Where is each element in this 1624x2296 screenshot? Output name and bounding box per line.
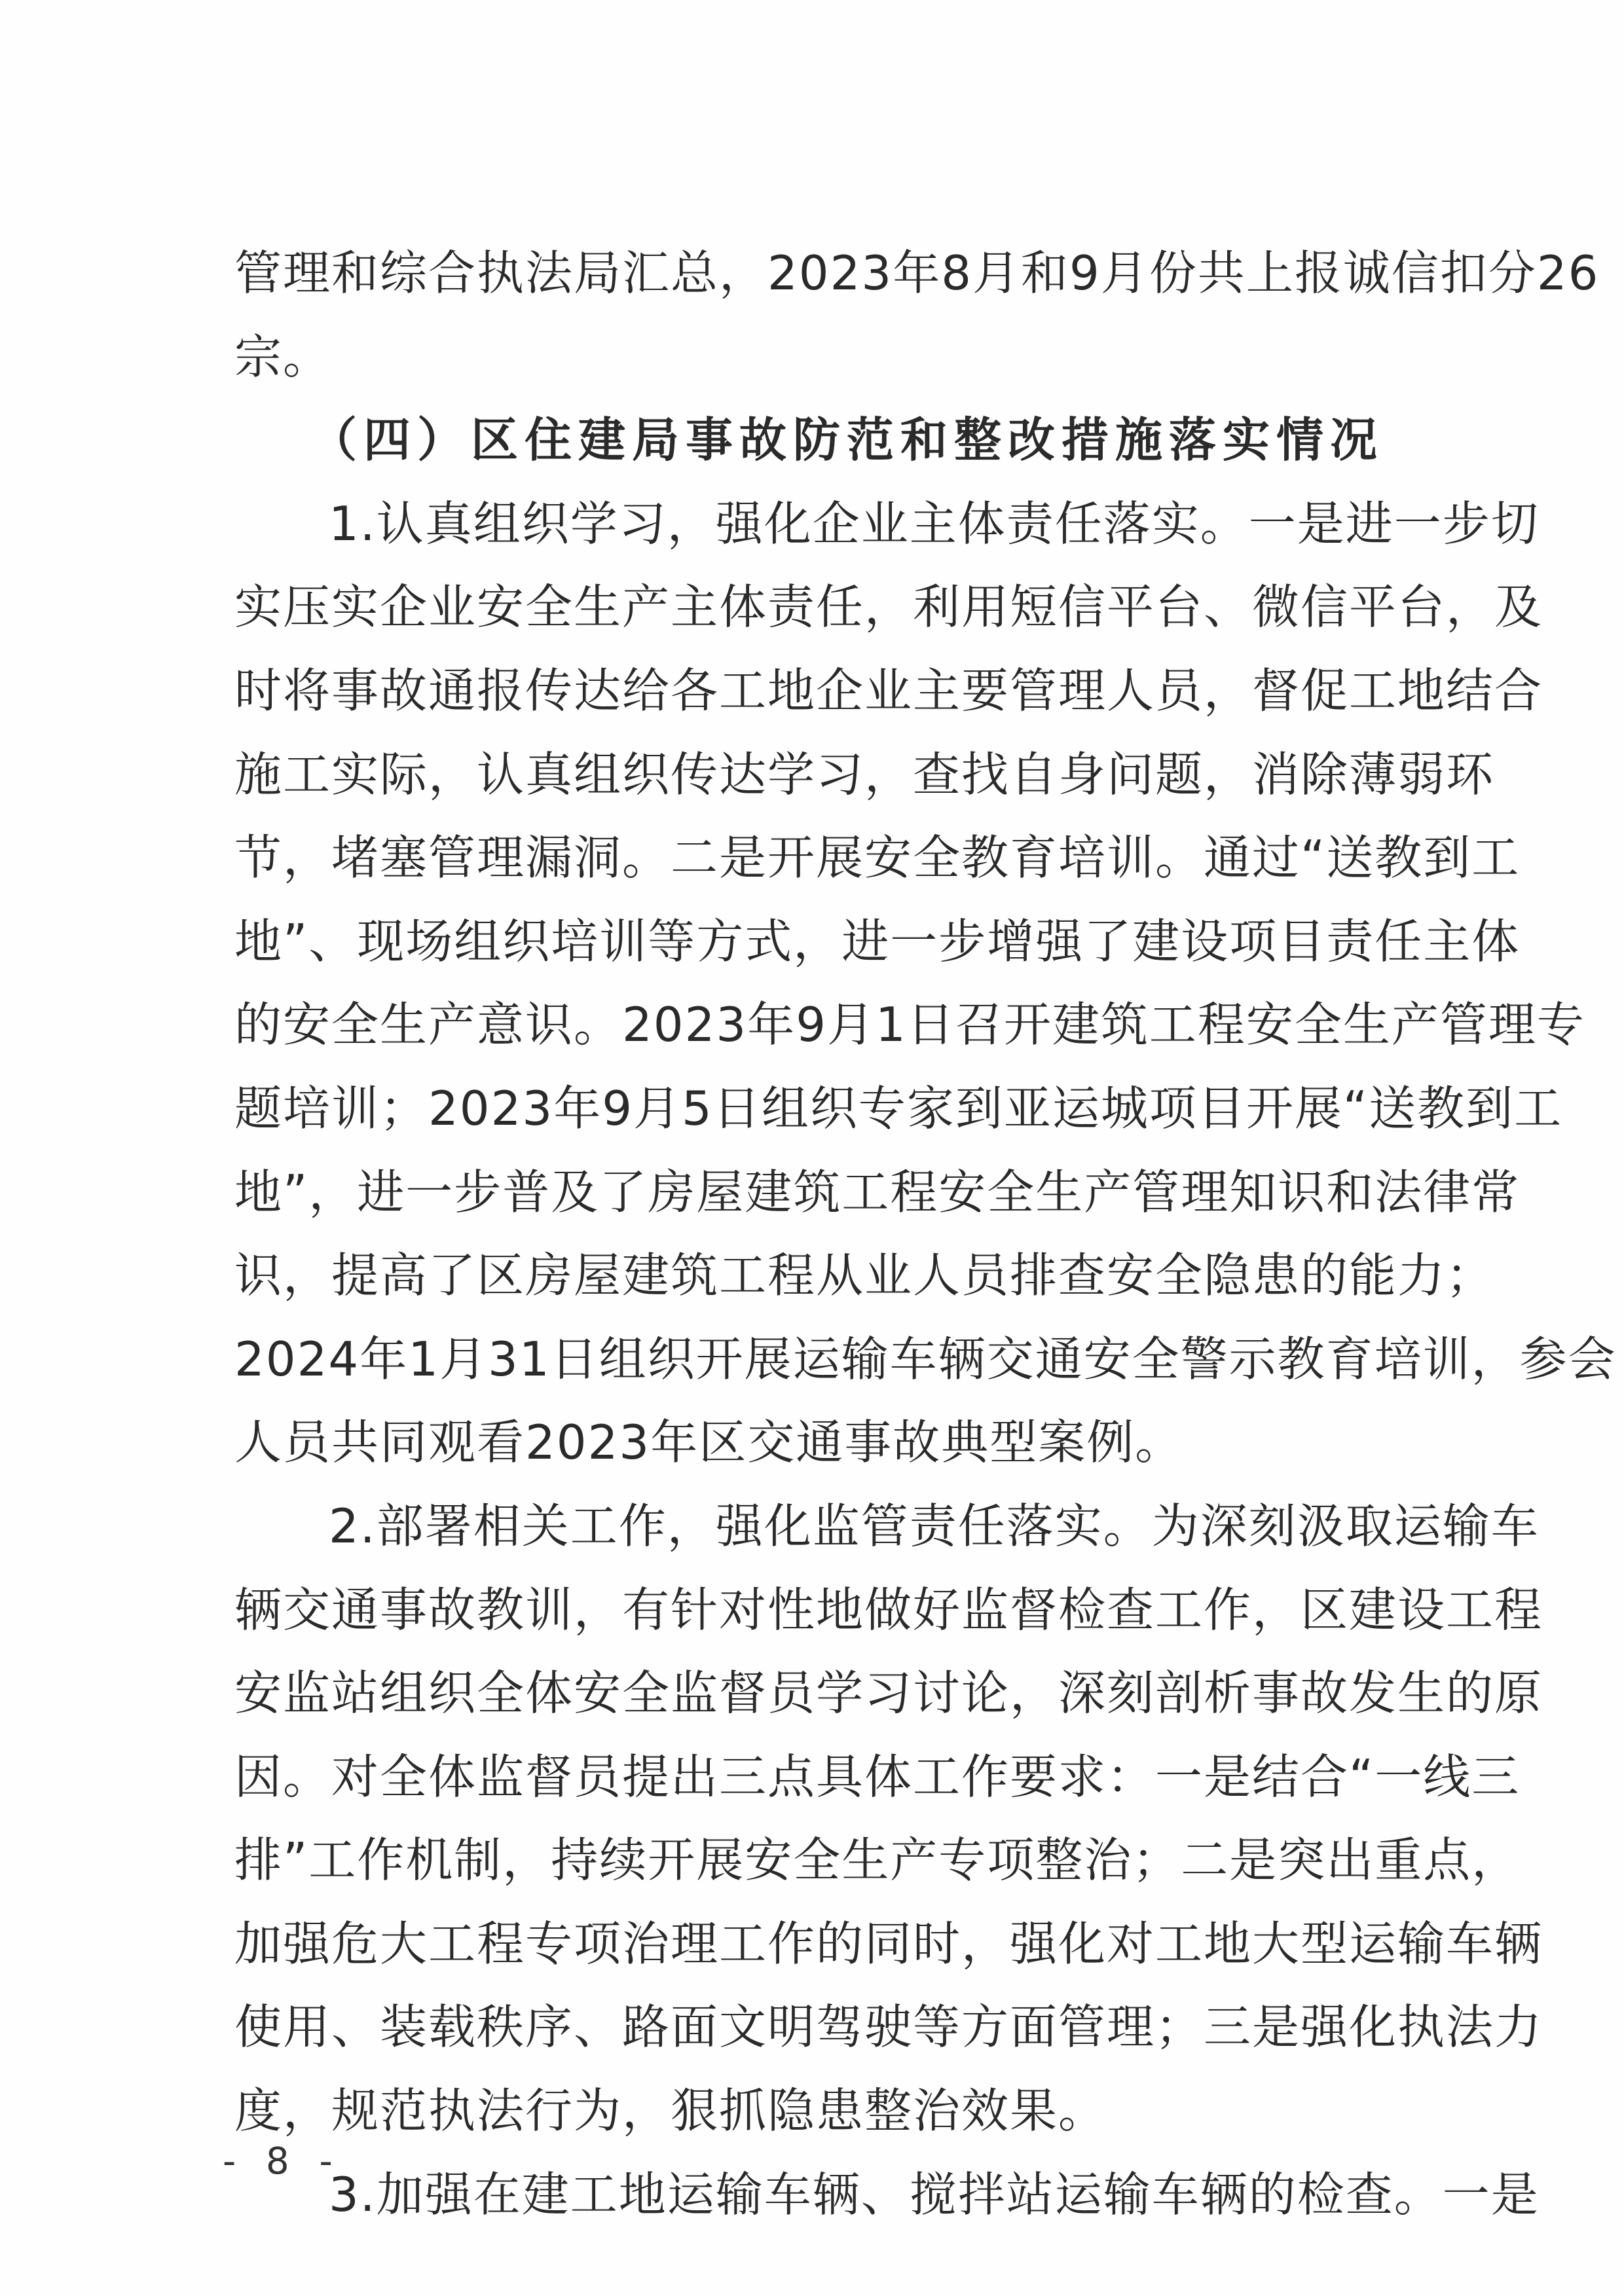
- section-heading: （四）区住建局事故防范和整改措施落实情况: [234, 409, 1456, 493]
- text-line: 宗。: [234, 326, 1456, 410]
- text-line: 排”工作机制，持续开展安全生产专项整治；二是突出重点，: [234, 1829, 1456, 1913]
- paragraph-3-start: 3.加强在建工地运输车辆、搅拌站运输车辆的检查。一是: [234, 2164, 1456, 2248]
- text-line: 实压实企业安全生产主体责任，利用短信平台、微信平台，及: [234, 576, 1456, 660]
- document-body: 管理和综合执法局汇总，2023年8月和9月份共上报诚信扣分26 宗。 （四）区住…: [234, 242, 1456, 2247]
- paragraph-2-start: 2.部署相关工作，强化监管责任落实。为深刻汲取运输车: [234, 1495, 1456, 1579]
- text-line: 辆交通事故教训，有针对性地做好监督检查工作，区建设工程: [234, 1579, 1456, 1663]
- text-line: 的安全生产意识。2023年9月1日召开建筑工程安全生产管理专: [234, 994, 1456, 1078]
- text-line: 识，提高了区房屋建筑工程从业人员排查安全隐患的能力；: [234, 1245, 1456, 1328]
- text-line: 因。对全体监督员提出三点具体工作要求：一是结合“一线三: [234, 1746, 1456, 1830]
- text-line: 施工实际，认真组织传达学习，查找自身问题，消除薄弱环: [234, 744, 1456, 828]
- text-line: 节，堵塞管理漏洞。二是开展安全教育培训。通过“送教到工: [234, 827, 1456, 911]
- document-page: 管理和综合执法局汇总，2023年8月和9月份共上报诚信扣分26 宗。 （四）区住…: [0, 0, 1624, 2296]
- page-number: - 8 -: [223, 2136, 342, 2188]
- text-line: 人员共同观看2023年区交通事故典型案例。: [234, 1412, 1456, 1495]
- text-line: 度，规范执法行为，狠抓隐患整治效果。: [234, 2080, 1456, 2164]
- text-line: 管理和综合执法局汇总，2023年8月和9月份共上报诚信扣分26: [234, 242, 1456, 326]
- paragraph-1-start: 1.认真组织学习，强化企业主体责任落实。一是进一步切: [234, 493, 1456, 577]
- text-line: 2024年1月31日组织开展运输车辆交通安全警示教育培训，参会: [234, 1328, 1456, 1412]
- text-line: 地”、现场组织培训等方式，进一步增强了建设项目责任主体: [234, 911, 1456, 994]
- text-line: 安监站组织全体安全监督员学习讨论，深刻剖析事故发生的原: [234, 1662, 1456, 1746]
- text-line: 题培训；2023年9月5日组织专家到亚运城项目开展“送教到工: [234, 1078, 1456, 1161]
- text-line: 加强危大工程专项治理工作的同时，强化对工地大型运输车辆: [234, 1913, 1456, 1997]
- text-line: 使用、装载秩序、路面文明驾驶等方面管理；三是强化执法力: [234, 1996, 1456, 2080]
- text-line: 地”，进一步普及了房屋建筑工程安全生产管理知识和法律常: [234, 1161, 1456, 1245]
- text-line: 时将事故通报传达给各工地企业主要管理人员，督促工地结合: [234, 660, 1456, 744]
